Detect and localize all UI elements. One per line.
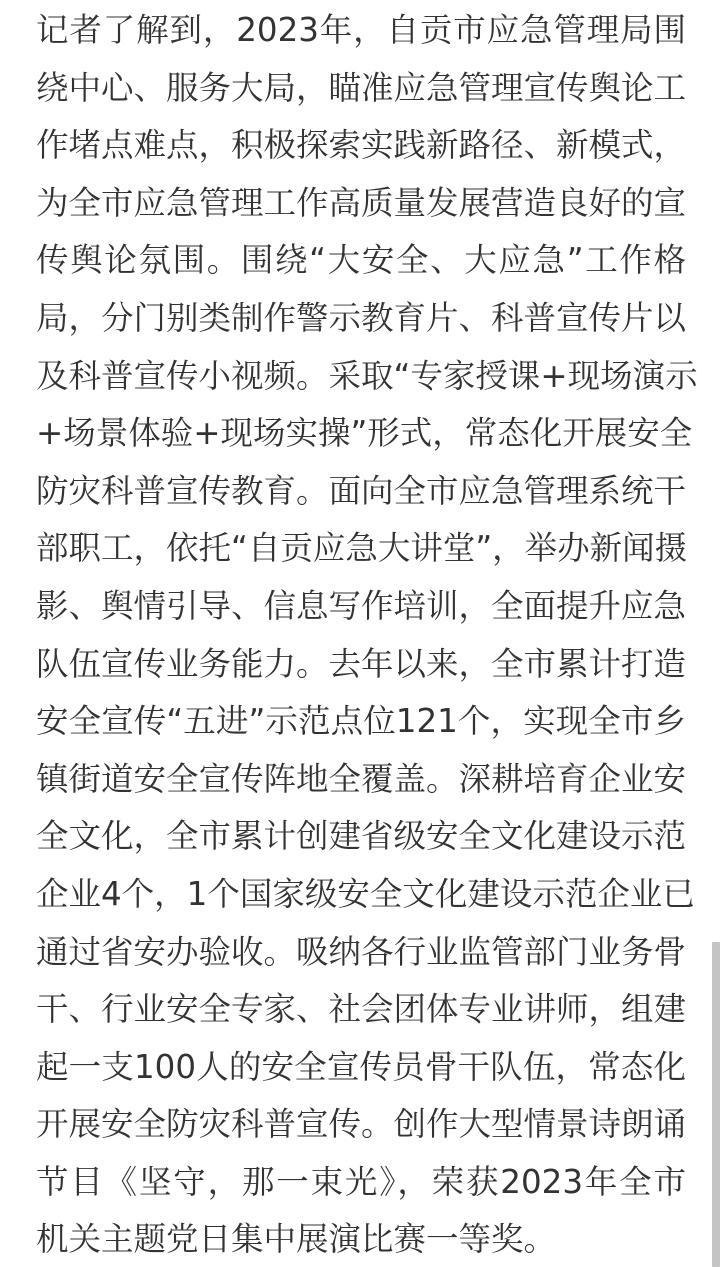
paragraph-line: 镇街道安全宣传阵地全覆盖。深耕培育企业安	[36, 751, 686, 809]
paragraph-line: 企业4个，1个国家级安全文化建设示范企业已	[36, 866, 686, 924]
paragraph-line: 节目《坚守，那一束光》，荣获2023年全市	[36, 1154, 686, 1212]
paragraph-line: 开展安全防灾科普宣传。创作大型情景诗朗诵	[36, 1096, 686, 1154]
article-body: 记者了解到，2023年，自贡市应急管理局围 绕中心、服务大局，瞄准应急管理宣传舆…	[36, 2, 696, 1267]
paragraph-line: 影、舆情引导、信息写作培训，全面提升应急	[36, 578, 686, 636]
paragraph-line: 全文化，全市累计创建省级安全文化建设示范	[36, 808, 686, 866]
paragraph-line: 干、行业安全专家、社会团体专业讲师，组建	[36, 981, 686, 1039]
paragraph-line: 部职工，依托“自贡应急大讲堂”，举办新闻摄	[36, 520, 686, 578]
article-paragraph: 记者了解到，2023年，自贡市应急管理局围 绕中心、服务大局，瞄准应急管理宣传舆…	[36, 2, 696, 1267]
paragraph-line: 传舆论氛围。围绕“大安全、大应急”工作格	[36, 232, 686, 290]
paragraph-line: 及科普宣传小视频。采取“专家授课+现场演示	[36, 348, 686, 406]
paragraph-line: 起一支100人的安全宣传员骨干队伍，常态化	[36, 1039, 686, 1097]
vertical-scrollbar[interactable]	[712, 942, 720, 1267]
paragraph-line: 机关主题党日集中展演比赛一等奖。	[36, 1211, 686, 1267]
paragraph-line: 局，分门别类制作警示教育片、科普宣传片以	[36, 290, 686, 348]
paragraph-line: 绕中心、服务大局，瞄准应急管理宣传舆论工	[36, 60, 686, 118]
paragraph-line: 防灾科普宣传教育。面向全市应急管理系统干	[36, 463, 686, 521]
paragraph-line: 安全宣传“五进”示范点位121个，实现全市乡	[36, 693, 686, 751]
scrollbar-thumb[interactable]	[712, 942, 720, 1267]
paragraph-line: 队伍宣传业务能力。去年以来，全市累计打造	[36, 636, 686, 694]
paragraph-line: 通过省安办验收。吸纳各行业监管部门业务骨	[36, 924, 686, 982]
paragraph-line: 为全市应急管理工作高质量发展营造良好的宣	[36, 175, 686, 233]
paragraph-line: +场景体验+现场实操”形式，常态化开展安全	[36, 405, 686, 463]
paragraph-line: 作堵点难点，积极探索实践新路径、新模式，	[36, 117, 686, 175]
paragraph-line: 记者了解到，2023年，自贡市应急管理局围	[36, 2, 686, 60]
